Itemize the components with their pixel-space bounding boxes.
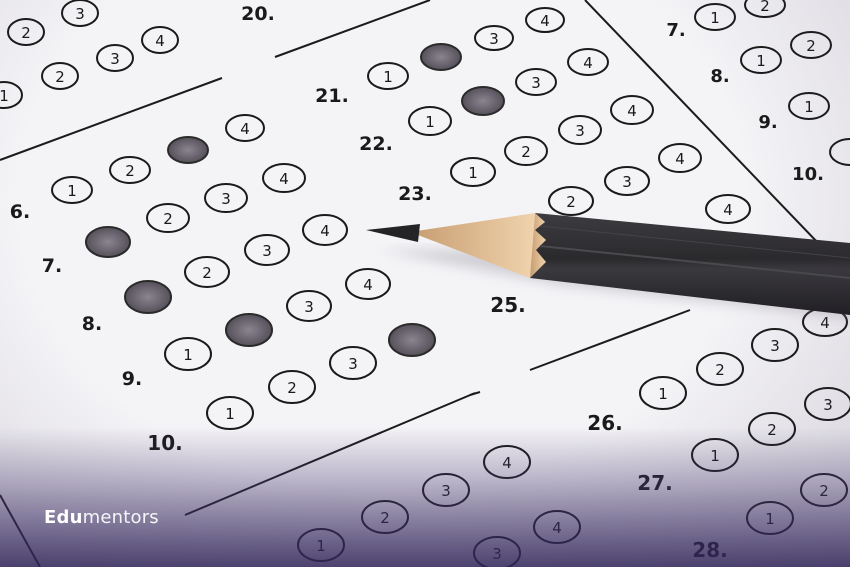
svg-text:1: 1: [710, 447, 720, 465]
svg-text:4: 4: [279, 170, 289, 188]
svg-text:1: 1: [225, 405, 235, 423]
svg-text:6.: 6.: [10, 201, 30, 223]
svg-text:2: 2: [566, 193, 576, 211]
svg-text:2: 2: [380, 509, 390, 527]
svg-text:2: 2: [806, 37, 816, 55]
svg-text:10.: 10.: [792, 164, 824, 185]
svg-text:9.: 9.: [758, 112, 777, 133]
svg-text:3: 3: [75, 5, 85, 23]
svg-text:10.: 10.: [147, 431, 182, 455]
svg-text:3: 3: [531, 74, 541, 92]
svg-text:2: 2: [125, 162, 135, 180]
svg-text:4: 4: [502, 454, 512, 472]
svg-text:2: 2: [163, 210, 173, 228]
svg-text:1: 1: [756, 52, 766, 70]
logo-text-light: mentors: [83, 507, 159, 528]
svg-text:2: 2: [55, 68, 65, 86]
svg-text:1: 1: [710, 9, 720, 27]
svg-text:2: 2: [819, 482, 829, 500]
svg-text:2: 2: [760, 0, 770, 15]
svg-text:3: 3: [221, 190, 231, 208]
svg-text:1: 1: [0, 87, 9, 105]
svg-text:4: 4: [363, 276, 373, 294]
svg-text:4: 4: [552, 519, 562, 537]
svg-text:4: 4: [675, 150, 685, 168]
svg-text:25.: 25.: [490, 293, 525, 317]
svg-text:4: 4: [820, 314, 830, 332]
svg-text:23.: 23.: [398, 183, 432, 205]
svg-text:3: 3: [489, 30, 499, 48]
svg-text:8.: 8.: [82, 313, 102, 335]
svg-text:4: 4: [320, 222, 330, 240]
svg-text:4: 4: [723, 201, 733, 219]
svg-text:2: 2: [715, 361, 725, 379]
svg-text:4: 4: [627, 102, 637, 120]
svg-text:2: 2: [521, 143, 531, 161]
svg-text:3: 3: [348, 355, 358, 373]
svg-text:3: 3: [622, 173, 632, 191]
svg-text:4: 4: [583, 54, 593, 72]
svg-text:3: 3: [110, 50, 120, 68]
logo-text-bold: Edu: [44, 507, 83, 528]
svg-text:3: 3: [575, 122, 585, 140]
svg-text:1: 1: [468, 164, 478, 182]
svg-text:1: 1: [183, 346, 193, 364]
svg-text:3: 3: [492, 545, 502, 563]
svg-text:3: 3: [770, 337, 780, 355]
svg-text:2: 2: [287, 379, 297, 397]
svg-text:1: 1: [658, 385, 668, 403]
svg-text:1: 1: [316, 537, 326, 555]
svg-text:4: 4: [540, 12, 550, 30]
svg-text:2: 2: [767, 421, 777, 439]
svg-text:28.: 28.: [692, 538, 727, 562]
svg-text:1: 1: [67, 182, 77, 200]
answer-sheet-photo: 3 2 4 3 2 1 4 2 1 6. 4 3 2 7. 4 3 2: [0, 0, 850, 567]
svg-text:3: 3: [262, 242, 272, 260]
svg-text:4: 4: [155, 32, 165, 50]
svg-text:8.: 8.: [710, 66, 729, 87]
svg-text:22.: 22.: [359, 133, 393, 155]
svg-text:4: 4: [240, 120, 250, 138]
svg-text:2: 2: [202, 264, 212, 282]
svg-text:1: 1: [804, 98, 814, 116]
svg-text:2: 2: [21, 24, 31, 42]
svg-text:26.: 26.: [587, 411, 622, 435]
svg-text:20.: 20.: [241, 3, 275, 25]
edumentors-logo: Edumentors: [44, 507, 159, 528]
svg-text:3: 3: [441, 482, 451, 500]
svg-text:1: 1: [383, 68, 393, 86]
svg-text:9.: 9.: [122, 368, 142, 390]
svg-text:27.: 27.: [637, 471, 672, 495]
svg-text:3: 3: [823, 396, 833, 414]
svg-text:7.: 7.: [666, 20, 685, 41]
svg-text:21.: 21.: [315, 85, 349, 107]
svg-text:1: 1: [425, 113, 435, 131]
svg-text:1: 1: [765, 510, 775, 528]
svg-text:3: 3: [304, 298, 314, 316]
svg-text:7.: 7.: [42, 255, 62, 277]
